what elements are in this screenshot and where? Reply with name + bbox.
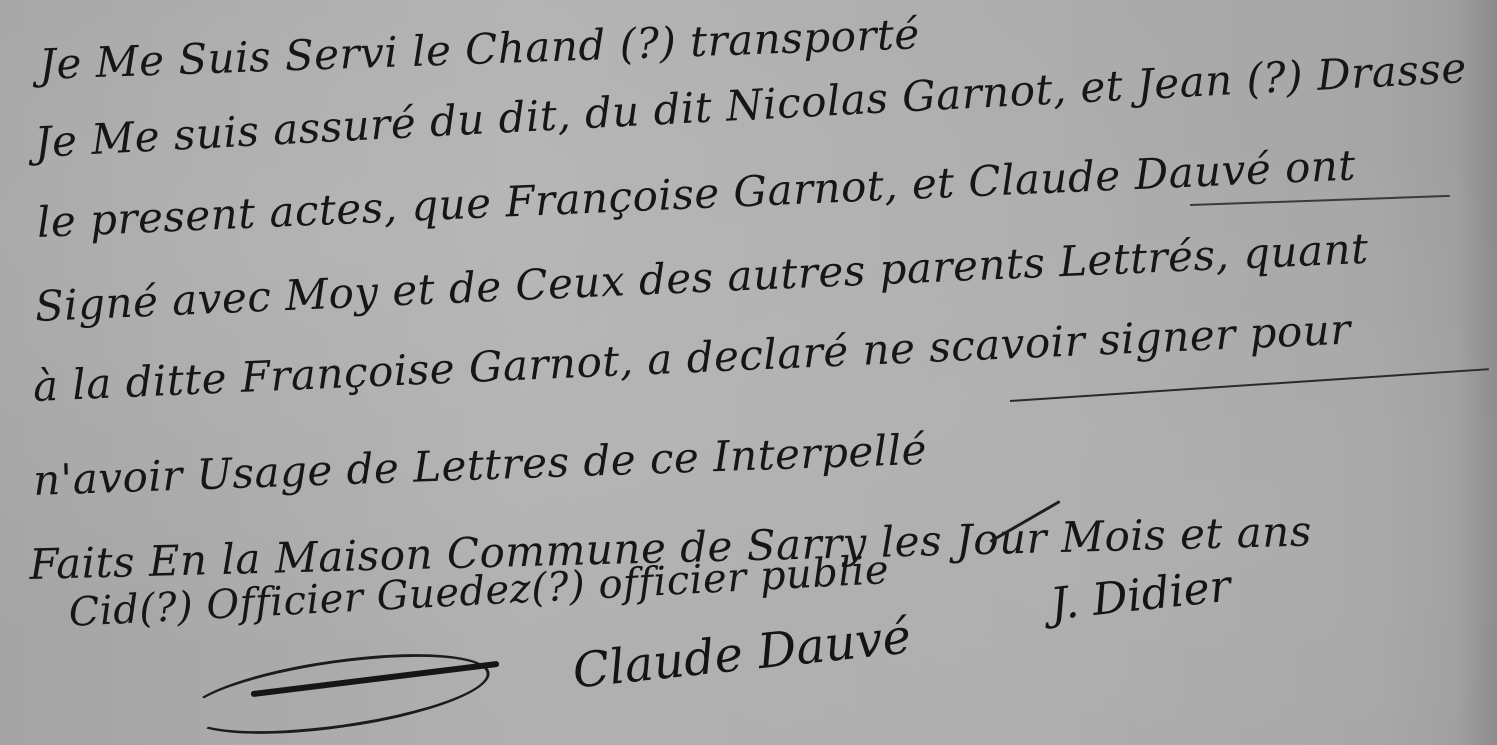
manuscript-line-6: n'avoir Usage de Lettres de ce Interpell… <box>32 425 927 505</box>
signature-paraph <box>182 639 494 745</box>
signature-claude-dauve: Claude Dauvé <box>570 608 914 699</box>
manuscript-line-1: Je Me Suis Servi le Chand (?) transporté <box>38 9 920 89</box>
line-fill-rule <box>1010 368 1489 402</box>
signature-didier: J. Didier <box>1048 561 1233 631</box>
strikethrough-rule <box>1190 195 1450 206</box>
manuscript-page: Je Me Suis Servi le Chand (?) transporté… <box>0 0 1497 745</box>
